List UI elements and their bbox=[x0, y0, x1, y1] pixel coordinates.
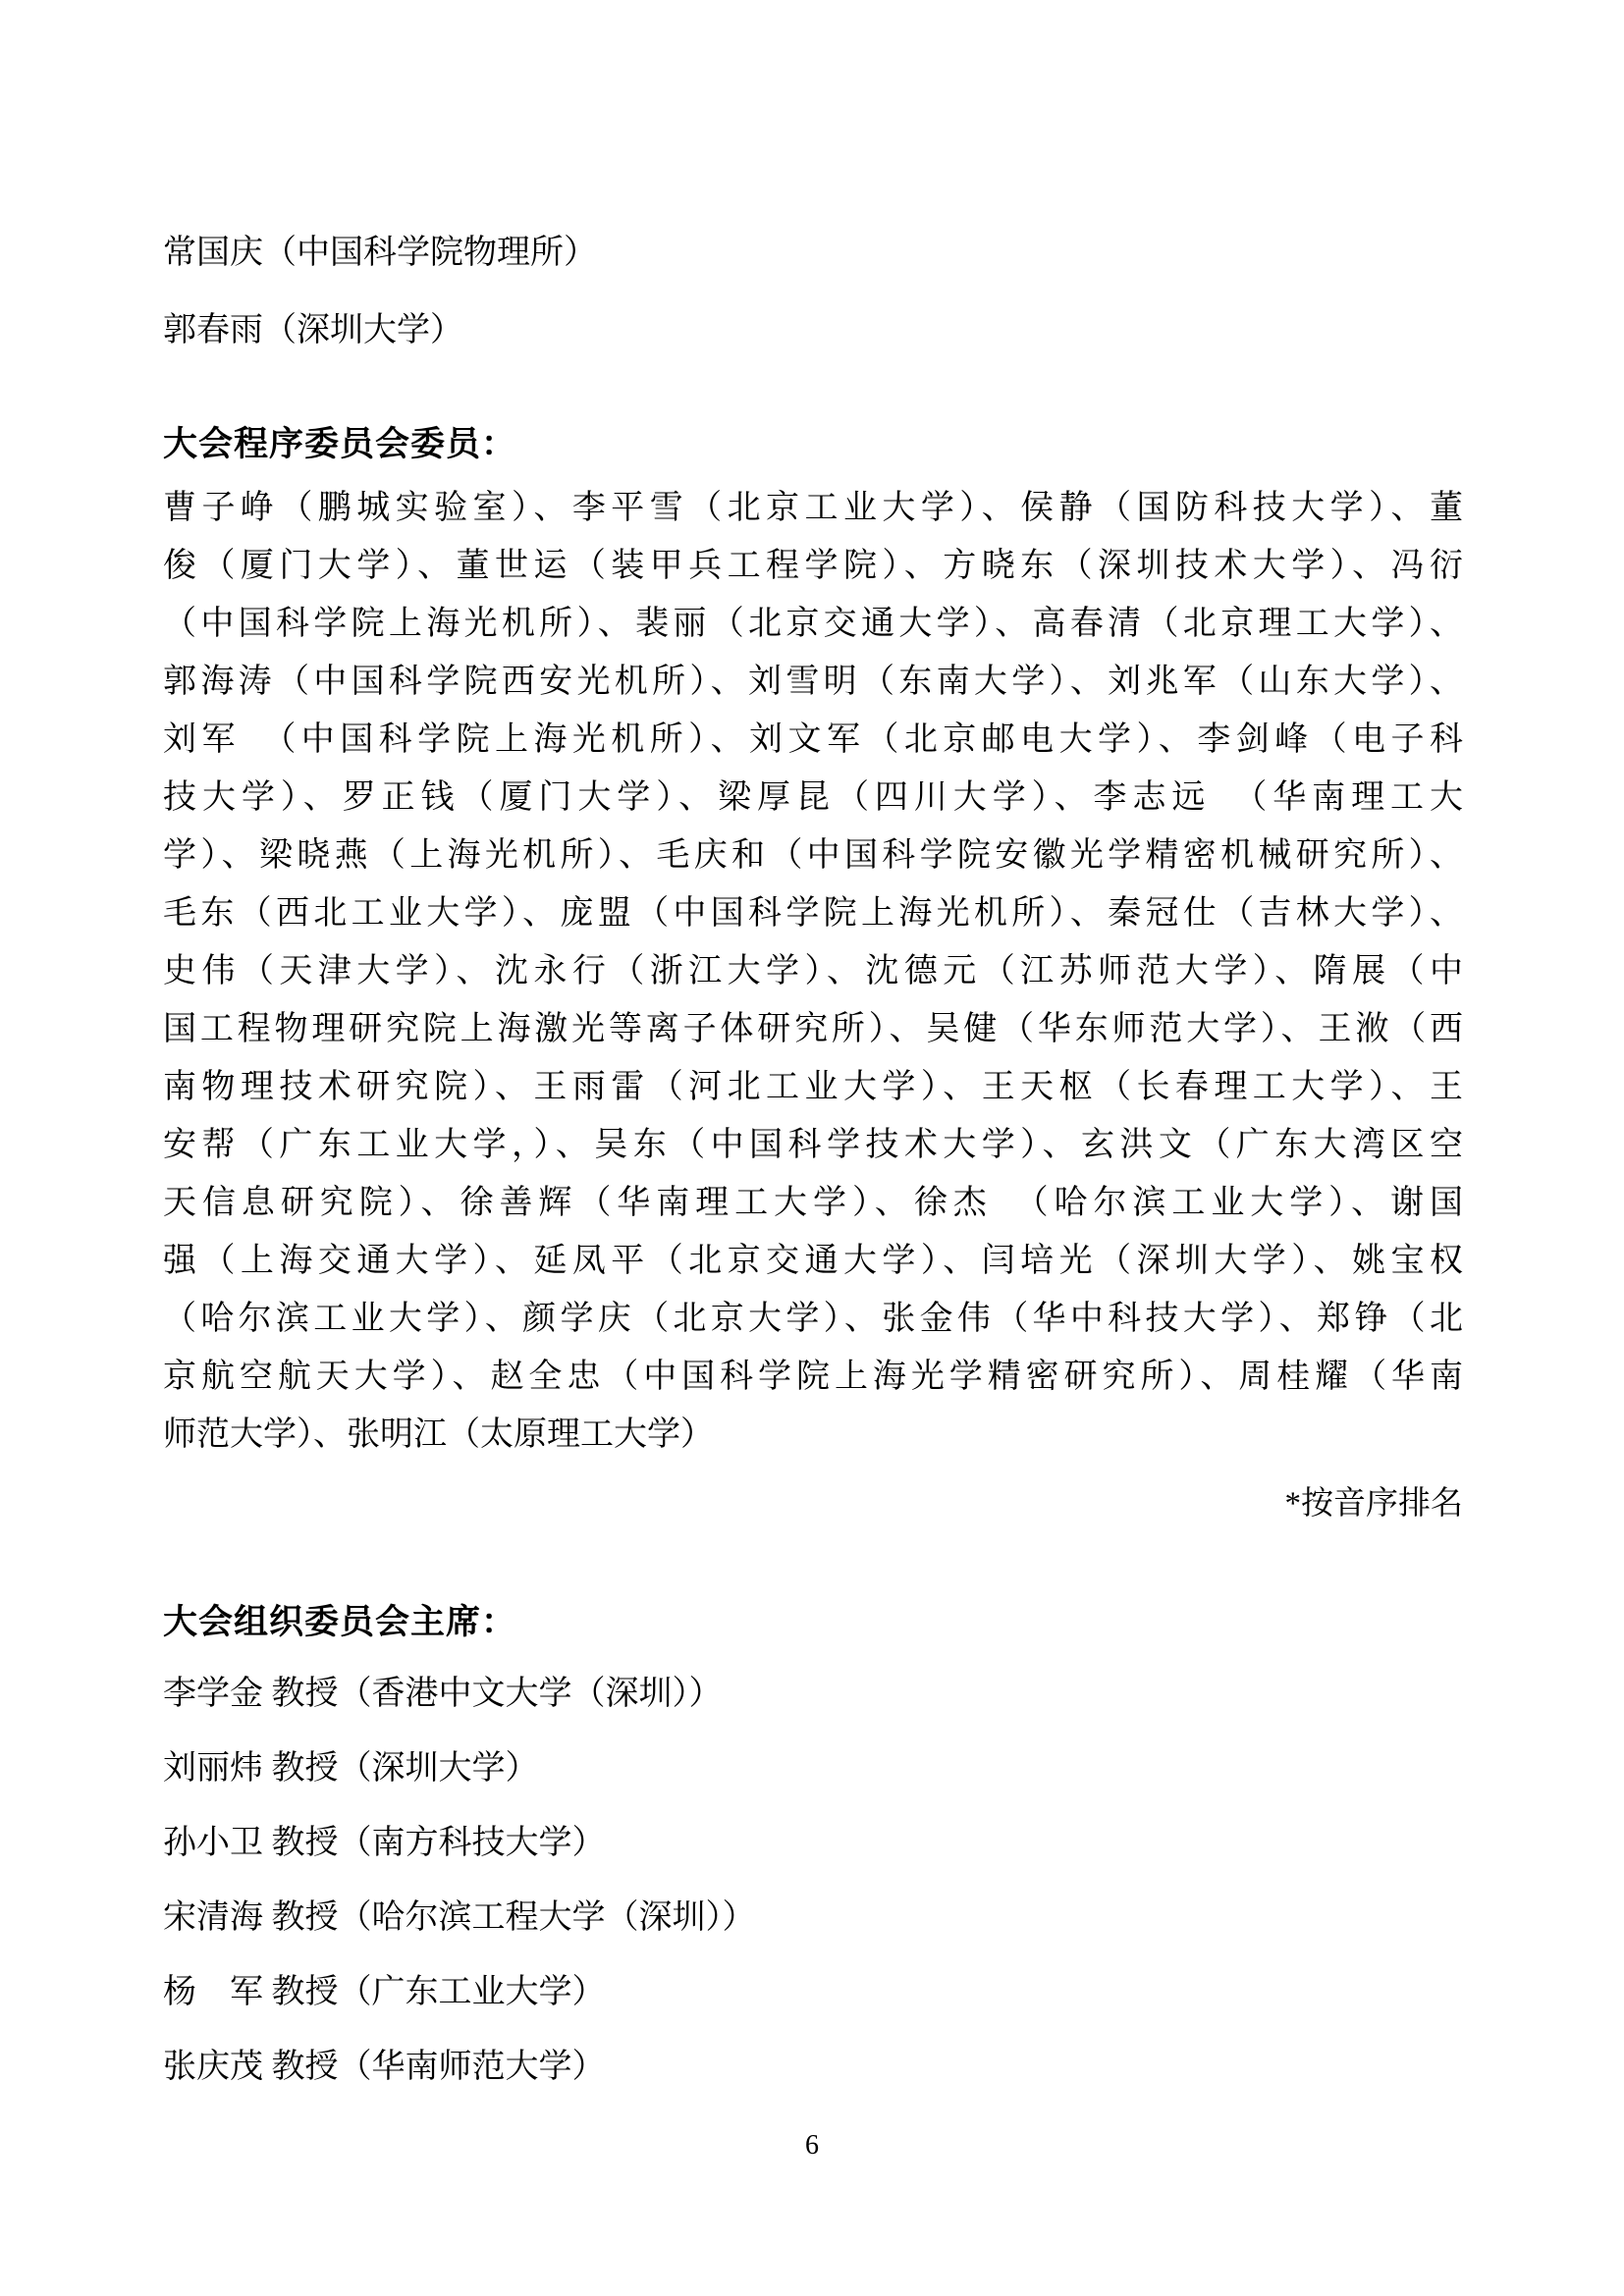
member-line: 宋清海 教授（哈尔滨工程大学（深圳）） bbox=[163, 1881, 1463, 1955]
committee-line: 郭海涛（中国科学院西安光机所）、刘雪明（东南大学）、刘兆军（山东大学）、 bbox=[163, 653, 1463, 711]
member-line: 李学金 教授（香港中文大学（深圳）） bbox=[163, 1657, 1463, 1732]
committee-line: 俊（厦门大学）、董世运（装甲兵工程学院）、方晓东（深圳技术大学）、冯衍 bbox=[163, 537, 1463, 595]
committee-line: 安帮（广东工业大学，）、吴东（中国科学技术大学）、玄洪文（广东大湾区空 bbox=[163, 1116, 1463, 1174]
organizing-committee-heading: 大会组织委员会主席： bbox=[163, 1602, 1463, 1643]
committee-line: 毛东（西北工业大学）、庞盟（中国科学院上海光机所）、秦冠仕（吉林大学）、 bbox=[163, 884, 1463, 942]
program-committee-heading: 大会程序委员会委员： bbox=[163, 424, 1463, 465]
chair-continuation-item: 郭春雨（深圳大学） bbox=[163, 292, 1463, 369]
committee-line: （中国科学院上海光机所）、裴丽（北京交通大学）、高春清（北京理工大学）、 bbox=[163, 595, 1463, 653]
committee-line: 国工程物理研究院上海激光等离子体研究所）、吴健（华东师范大学）、王浟（西 bbox=[163, 1000, 1463, 1058]
committee-line: 学）、梁晓燕（上海光机所）、毛庆和（中国科学院安徽光学精密机械研究所）、 bbox=[163, 827, 1463, 884]
organizing-committee-member-list: 李学金 教授（香港中文大学（深圳）） 刘丽炜 教授（深圳大学） 孙小卫 教授（南… bbox=[163, 1657, 1463, 2105]
member-line: 孙小卫 教授（南方科技大学） bbox=[163, 1806, 1463, 1881]
member-line: 张庆茂 教授（华南师范大学） bbox=[163, 2030, 1463, 2105]
chair-continuation-item: 常国庆（中国科学院物理所） bbox=[163, 214, 1463, 292]
committee-line: 师范大学）、张明江（太原理工大学） bbox=[163, 1406, 1463, 1464]
committee-line: 技大学）、罗正钱（厦门大学）、梁厚昆（四川大学）、李志远 （华南理工大 bbox=[163, 769, 1463, 827]
committee-line: 曹子峥（鹏城实验室）、李平雪（北京工业大学）、侯静（国防科技大学）、董 bbox=[163, 479, 1463, 537]
committee-line: 刘军 （中国科学院上海光机所）、刘文军（北京邮电大学）、李剑峰（电子科 bbox=[163, 711, 1463, 769]
committee-line: 天信息研究院）、徐善辉（华南理工大学）、徐杰 （哈尔滨工业大学）、谢国 bbox=[163, 1174, 1463, 1232]
committee-line: 南物理技术研究院）、王雨雷（河北工业大学）、王天枢（长春理工大学）、王 bbox=[163, 1058, 1463, 1116]
committee-line: 史伟（天津大学）、沈永行（浙江大学）、沈德元（江苏师范大学）、隋展（中 bbox=[163, 942, 1463, 1000]
committee-line: 强（上海交通大学）、延凤平（北京交通大学）、闫培光（深圳大学）、姚宝权 bbox=[163, 1232, 1463, 1290]
member-line: 刘丽炜 教授（深圳大学） bbox=[163, 1732, 1463, 1806]
member-line: 杨 军 教授（广东工业大学） bbox=[163, 1955, 1463, 2030]
program-committee-member-list: 曹子峥（鹏城实验室）、李平雪（北京工业大学）、侯静（国防科技大学）、董 俊（厦门… bbox=[163, 479, 1463, 1464]
committee-line: （哈尔滨工业大学）、颜学庆（北京大学）、张金伟（华中科技大学）、郑铮（北 bbox=[163, 1290, 1463, 1348]
document-page: 常国庆（中国科学院物理所） 郭春雨（深圳大学） 大会程序委员会委员： 曹子峥（鹏… bbox=[0, 0, 1624, 2296]
committee-line: 京航空航天大学）、赵全忠（中国科学院上海光学精密研究所）、周桂耀（华南 bbox=[163, 1348, 1463, 1406]
page-number: 6 bbox=[0, 2130, 1624, 2162]
alphabetical-order-note: *按音序排名 bbox=[163, 1475, 1463, 1533]
